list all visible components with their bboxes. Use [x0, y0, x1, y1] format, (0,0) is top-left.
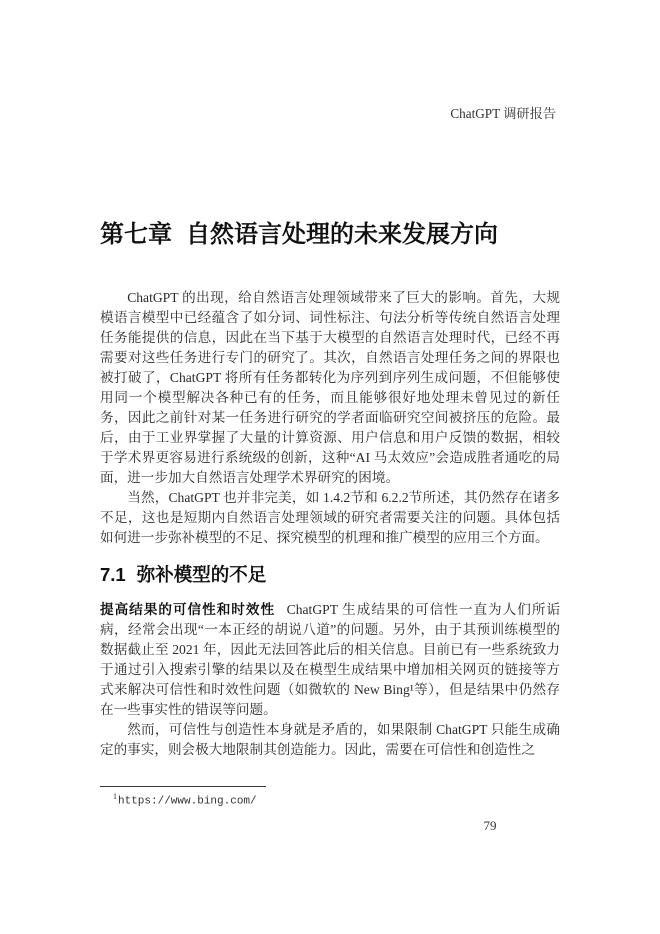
chapter-heading: 第七章自然语言处理的未来发展方向: [100, 214, 560, 249]
page-number: 79: [458, 818, 522, 834]
footnote-divider: [100, 786, 266, 787]
chapter-title: 自然语言处理的未来发展方向: [186, 221, 498, 248]
section-title: 弥补模型的不足: [137, 564, 267, 585]
footnote: 1https://www.bing.com/: [100, 792, 560, 808]
paragraph-body: ChatGPT 生成结果的可信性一直为人们所诟病，经常会出现“一本正经的胡说八道…: [100, 602, 560, 717]
paragraph-run-in-heading: 提高结果的可信性和时效性: [100, 602, 275, 617]
section-heading: 7.1弥补模型的不足: [100, 562, 560, 588]
footnote-url: https://www.bing.com/: [118, 796, 257, 808]
paragraph: 当然，ChatGPT 也并非完美，如 1.4.2节和 6.2.2节所述，其仍然存…: [100, 488, 560, 548]
footnote-block: 1https://www.bing.com/: [100, 786, 560, 808]
footnote-marker: 1: [113, 792, 117, 801]
paragraph: 然而，可信性与创造性本身就是矛盾的，如果限制 ChatGPT 只能生成确定的事实…: [100, 720, 560, 760]
running-header: ChatGPT 调研报告: [100, 103, 556, 122]
section-number: 7.1: [100, 564, 126, 585]
document-page: ChatGPT 调研报告 第七章自然语言处理的未来发展方向 ChatGPT 的出…: [0, 0, 660, 934]
paragraph: ChatGPT 的出现，给自然语言处理领域带来了巨大的影响。首先，大规模语言模型…: [100, 288, 560, 488]
chapter-number: 第七章: [100, 221, 172, 248]
paragraph: 提高结果的可信性和时效性ChatGPT 生成结果的可信性一直为人们所诟病，经常会…: [100, 600, 560, 720]
body-text: ChatGPT 的出现，给自然语言处理领域带来了巨大的影响。首先，大规模语言模型…: [100, 288, 560, 760]
